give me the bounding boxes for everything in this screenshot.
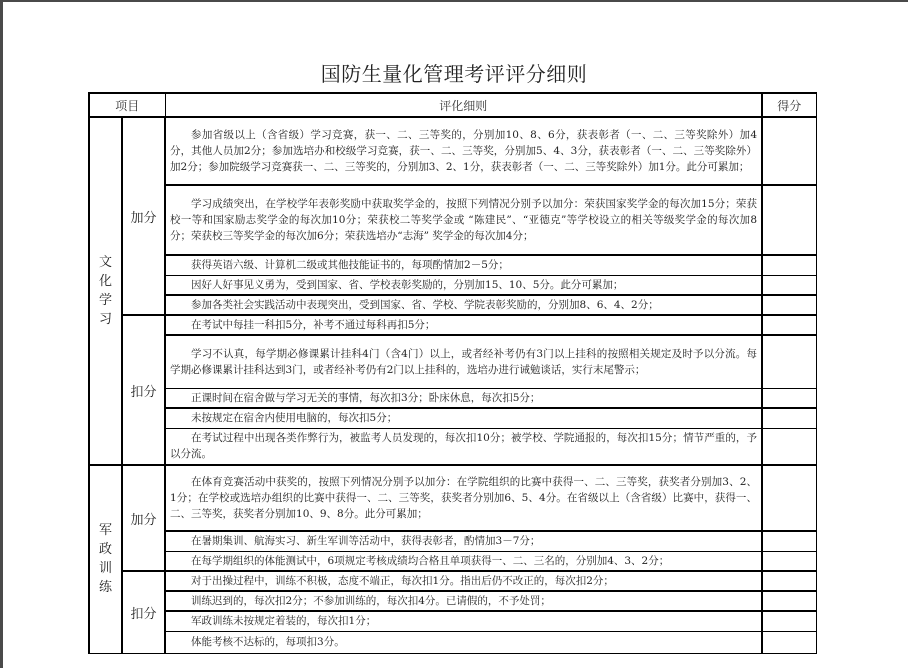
header-rules: 评化细则 <box>165 93 762 117</box>
category-label: 军政训练 <box>99 521 113 597</box>
rule-text: 因好人好事见义勇为，受到国家、省、学校表彰奖励的，分别加15、10、5分。此分可… <box>165 275 762 295</box>
rule-text: 体能考核不达标的，每项扣3分。 <box>165 631 762 653</box>
table-row: 军政训练未按规定着装的，每次扣1分； <box>89 611 816 631</box>
score-cell[interactable] <box>762 335 816 388</box>
score-cell[interactable] <box>762 315 816 335</box>
group-culture-deduction: 扣分 <box>122 315 165 465</box>
rule-text: 在暑期集训、航海实习、新生军训等活动中，获得表彰者，酌情加3－7分； <box>165 531 762 551</box>
score-cell[interactable] <box>762 611 816 631</box>
score-cell[interactable] <box>762 408 816 428</box>
score-cell[interactable] <box>762 571 816 591</box>
rule-text: 在每学期组织的体能测试中，6项规定考核成绩均合格且单项获得一、二、三名的，分别加… <box>165 551 762 571</box>
score-cell[interactable] <box>762 295 816 315</box>
table-row: 参加各类社会实践活动中表现突出，受到国家、省、学校、学院表彰奖励的，分别加8、6… <box>89 295 816 315</box>
score-cell[interactable] <box>762 255 816 275</box>
rule-text: 学习成绩突出，在学校学年表彰奖励中获取奖学金的，按照下列情况分别予以加分：荣获国… <box>165 185 762 255</box>
score-cell[interactable] <box>762 551 816 571</box>
table-row: 未按规定在宿舍内使用电脑的，每次扣5分； <box>89 408 816 428</box>
group-military-deduction: 扣分 <box>122 571 165 653</box>
rule-text: 在考试中每挂一科扣5分，补考不通过每科再扣5分； <box>165 315 762 335</box>
table-row: 体能考核不达标的，每项扣3分。 <box>89 631 816 653</box>
score-cell[interactable] <box>762 275 816 295</box>
table-row: 扣分 对于出操过程中，训练不积极，态度不端正，每次扣1分。指出后仍不改正的，每次… <box>89 571 816 591</box>
table-row: 正课时间在宿舍做与学习无关的事情，每次扣3分；卧床休息，每次扣5分； <box>89 388 816 408</box>
score-cell[interactable] <box>762 591 816 611</box>
rule-text: 训练迟到的，每次扣2分；不参加训练的，每次扣4分。已请假的，不予处罚； <box>165 591 762 611</box>
score-cell[interactable] <box>762 631 816 653</box>
table-row: 学习不认真，每学期必修课累计挂科4门（含4门）以上，或者经补考仍有3门以上挂科的… <box>89 335 816 388</box>
score-cell[interactable] <box>762 388 816 408</box>
score-cell[interactable] <box>762 428 816 465</box>
table-header-row: 项目 评化细则 得分 <box>89 93 816 117</box>
score-cell[interactable] <box>762 185 816 255</box>
rule-text: 参加各类社会实践活动中表现突出，受到国家、省、学校、学院表彰奖励的，分别加8、6… <box>165 295 762 315</box>
window-border-top <box>0 0 908 2</box>
document-title: 国防生量化管理考评评分细则 <box>0 58 908 87</box>
rule-text: 在体育竞赛活动中获奖的，按照下列情况分别予以加分：在学院组织的比赛中获得一、二、… <box>165 465 762 531</box>
category-military-training: 军政训练 <box>89 465 122 653</box>
score-cell[interactable] <box>762 465 816 531</box>
table-row: 学习成绩突出，在学校学年表彰奖励中获取奖学金的，按照下列情况分别予以加分：荣获国… <box>89 185 816 255</box>
table-row: 军政训练 加分 在体育竞赛活动中获奖的，按照下列情况分别予以加分：在学院组织的比… <box>89 465 816 531</box>
group-culture-bonus: 加分 <box>122 117 165 315</box>
table-row: 在每学期组织的体能测试中，6项规定考核成绩均合格且单项获得一、二、三名的，分别加… <box>89 551 816 571</box>
scoring-rules-table: 项目 评化细则 得分 文化学习 加分 参加省级以上（含省级）学习竞赛，获一、二、… <box>88 92 817 654</box>
rule-text: 学习不认真，每学期必修课累计挂科4门（含4门）以上，或者经补考仍有3门以上挂科的… <box>165 335 762 388</box>
category-label: 文化学习 <box>99 253 113 329</box>
rule-text: 参加省级以上（含省级）学习竞赛，获一、二、三等奖的，分别加10、8、6分，获表彰… <box>165 117 762 185</box>
score-cell[interactable] <box>762 531 816 551</box>
table-row: 因好人好事见义勇为，受到国家、省、学校表彰奖励的，分别加15、10、5分。此分可… <box>89 275 816 295</box>
table-row: 扣分 在考试中每挂一科扣5分，补考不通过每科再扣5分； <box>89 315 816 335</box>
table-row: 在考试过程中出现各类作弊行为，被监考人员发现的，每次扣10分；被学校、学院通报的… <box>89 428 816 465</box>
rule-text: 未按规定在宿舍内使用电脑的，每次扣5分； <box>165 408 762 428</box>
header-item: 项目 <box>89 93 165 117</box>
rule-text: 获得英语六级、计算机二级或其他技能证书的，每项酌情加2－5分； <box>165 255 762 275</box>
rule-text: 对于出操过程中，训练不积极，态度不端正，每次扣1分。指出后仍不改正的，每次扣2分… <box>165 571 762 591</box>
group-military-bonus: 加分 <box>122 465 165 571</box>
table-row: 文化学习 加分 参加省级以上（含省级）学习竞赛，获一、二、三等奖的，分别加10、… <box>89 117 816 185</box>
header-score: 得分 <box>762 93 816 117</box>
category-culture-study: 文化学习 <box>89 117 122 465</box>
rule-text: 军政训练未按规定着装的，每次扣1分； <box>165 611 762 631</box>
rule-text: 正课时间在宿舍做与学习无关的事情，每次扣3分；卧床休息，每次扣5分； <box>165 388 762 408</box>
table-row: 在暑期集训、航海实习、新生军训等活动中，获得表彰者，酌情加3－7分； <box>89 531 816 551</box>
window-border-left <box>0 0 3 668</box>
table-row: 获得英语六级、计算机二级或其他技能证书的，每项酌情加2－5分； <box>89 255 816 275</box>
rule-text: 在考试过程中出现各类作弊行为，被监考人员发现的，每次扣10分；被学校、学院通报的… <box>165 428 762 465</box>
table-row: 训练迟到的，每次扣2分；不参加训练的，每次扣4分。已请假的，不予处罚； <box>89 591 816 611</box>
score-cell[interactable] <box>762 117 816 185</box>
